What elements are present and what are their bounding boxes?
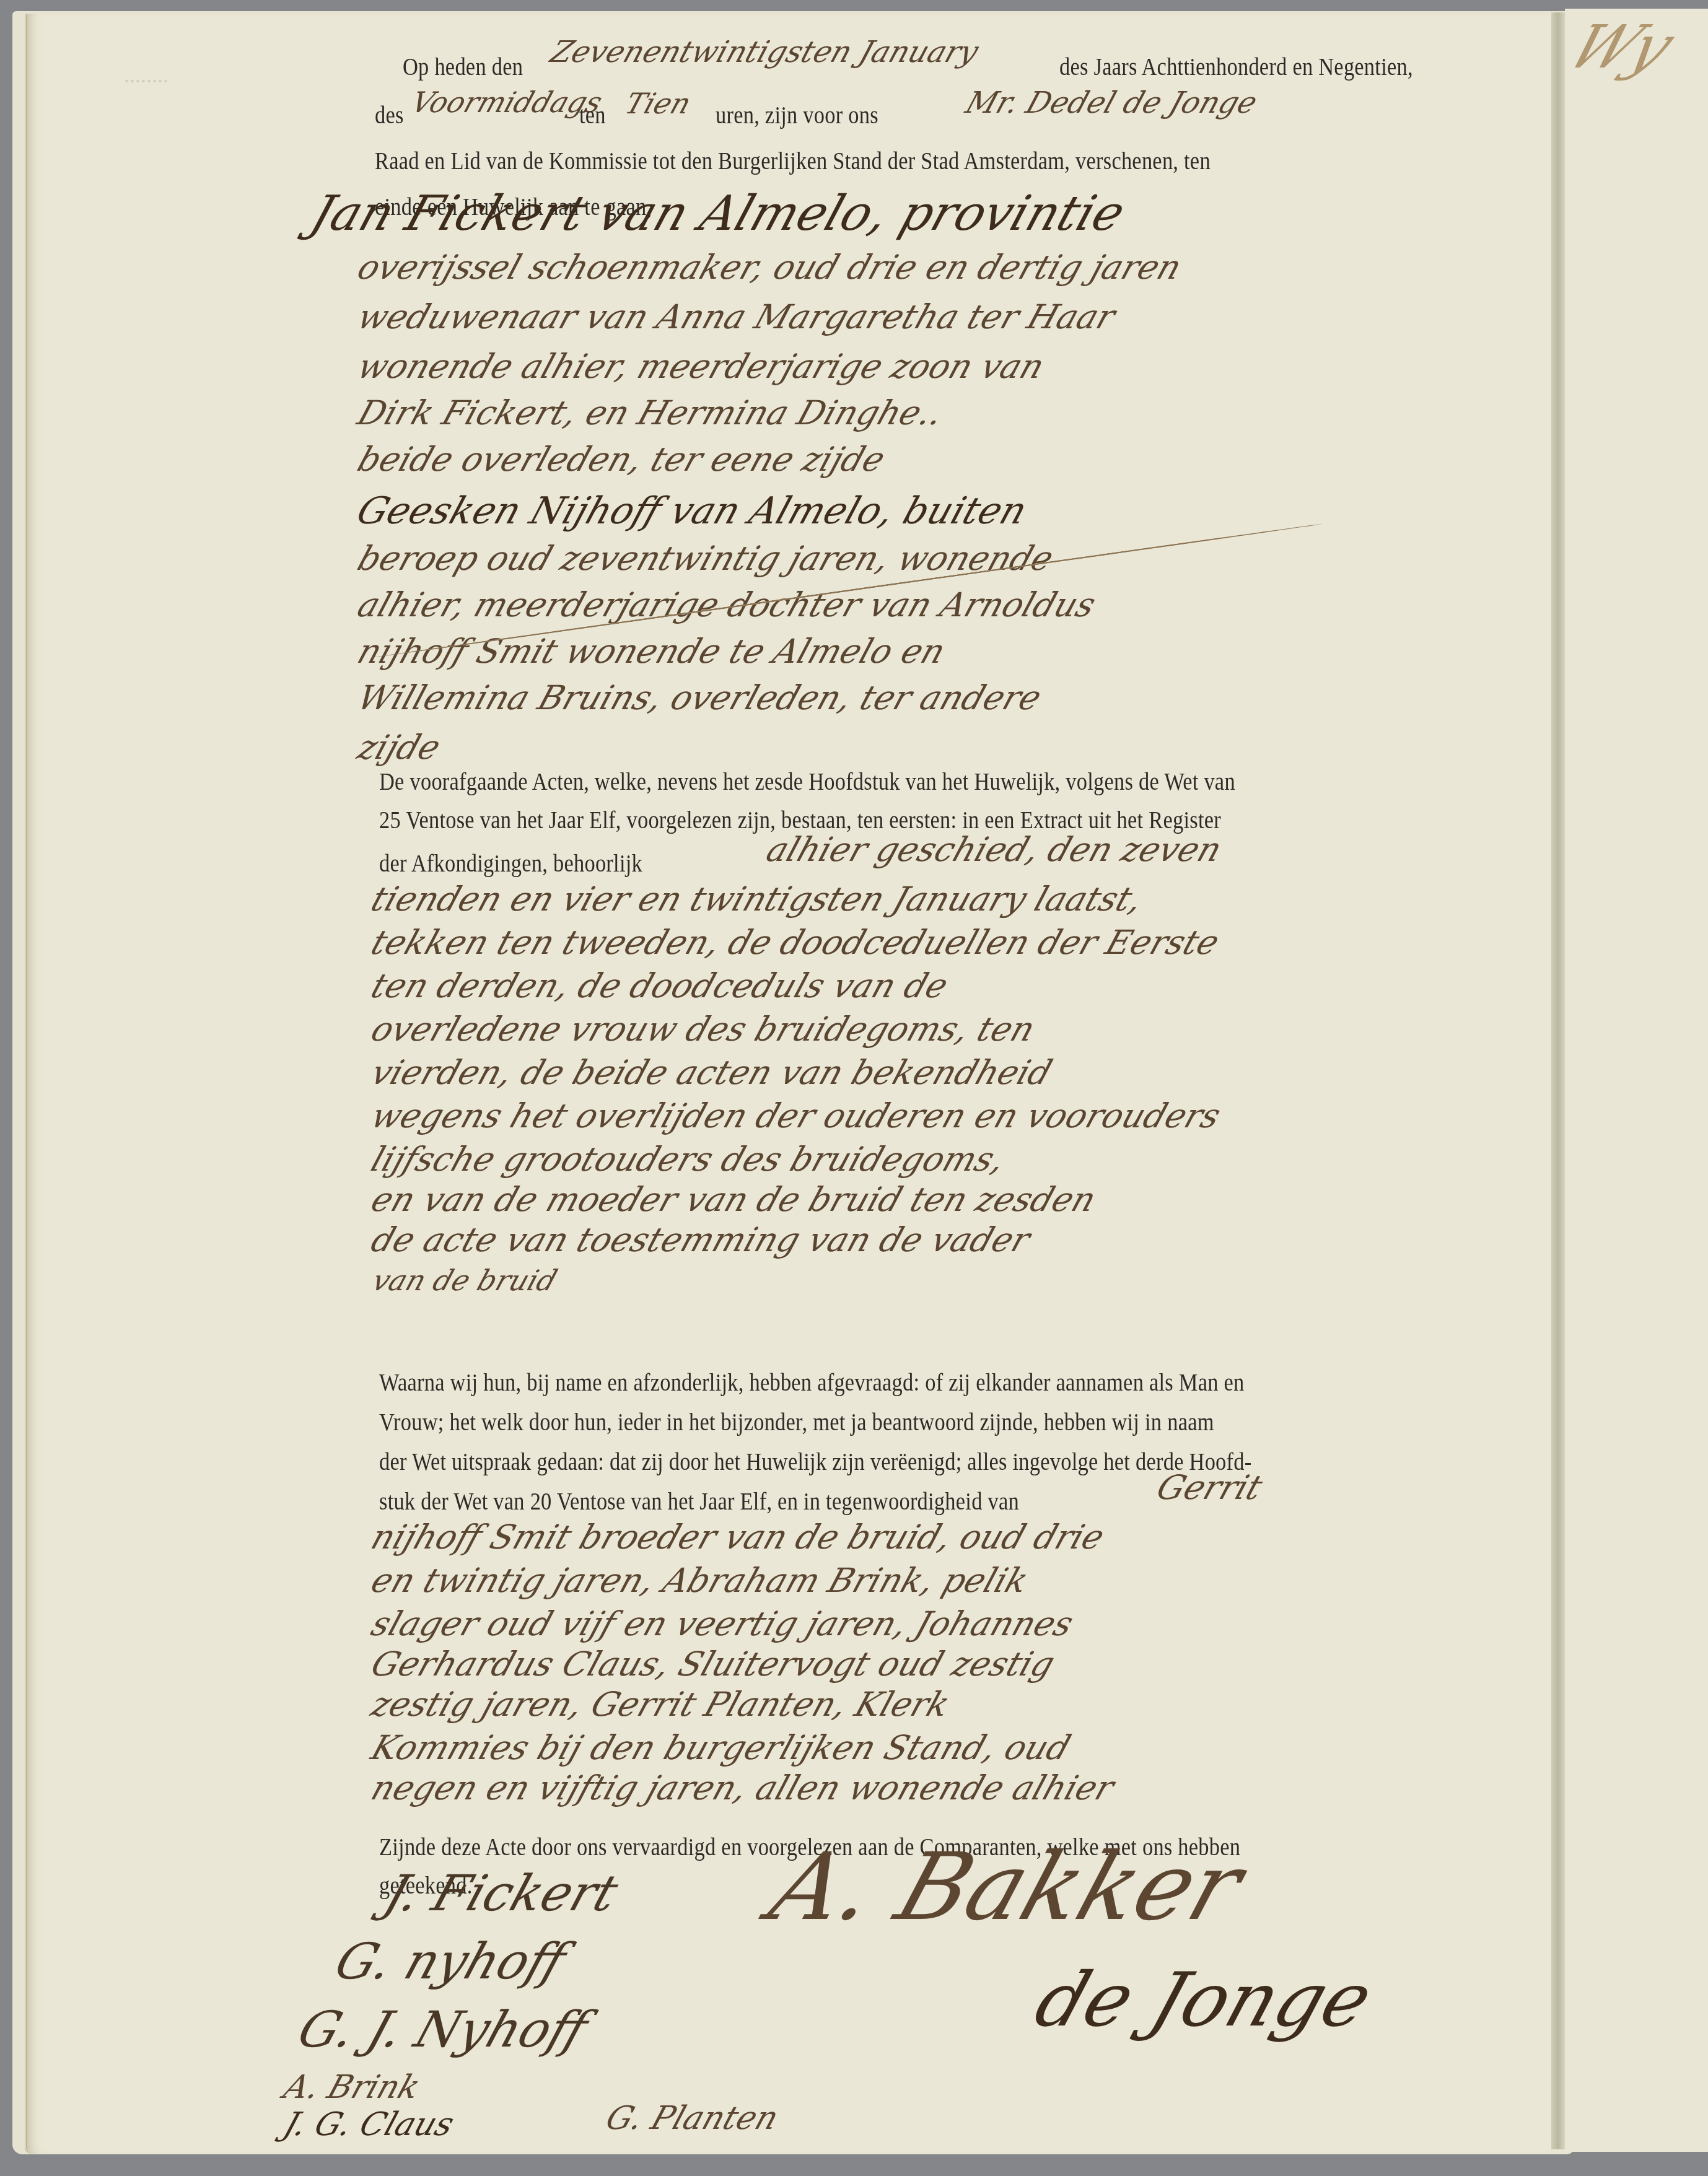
signature-witness-brink: A. Brink [279, 2069, 425, 2106]
hand-line: overledene vrouw des bruidegoms, ten [367, 1010, 1040, 1049]
hand-line: en van de moeder van de bruid ten zesden [367, 1180, 1101, 1219]
printed-waarna-4: stuk der Wet van 20 Ventose van het Jaar… [379, 1487, 1019, 1516]
hand-line: Gerrit [1152, 1468, 1268, 1507]
hand-line: tienden en vier en twintigsten January l… [367, 880, 1148, 919]
hand-official: Mr. Dedel de Jonge [961, 85, 1262, 120]
hand-line: nijhoff Smit broeder van de bruid, oud d… [367, 1518, 1110, 1557]
signature-witness-planten: G. Planten [602, 2100, 784, 2137]
hand-line: beide overleden, ter eene zijde [353, 440, 890, 479]
hand-line: beroep oud zeventwintig jaren, wonende [353, 539, 1059, 578]
hand-line: zijde [353, 728, 445, 767]
bleed-through-text: ........ [124, 62, 169, 88]
hand-line: lijfsche grootouders des bruidegoms, [367, 1140, 1010, 1179]
signature-official-bakker: A. Bakker [758, 1833, 1255, 1941]
printed-waarna-1: Waarna wij hun, bij name en afzonderlijk… [379, 1368, 1244, 1397]
hand-line: Jan Fickert van Almelo, provintie [304, 186, 1132, 242]
printed-line-3: Raad en Lid van de Kommissie tot den Bur… [375, 146, 1211, 175]
hand-line: ten derden, de doodceduls van de [367, 966, 953, 1005]
hand-line: slager oud vijf en veertig jaren, Johann… [367, 1604, 1079, 1643]
signature-bride: G. nyhoff [328, 1933, 573, 1990]
hand-line: weduwenaar van Anna Margaretha ter Haar [353, 297, 1120, 336]
hand-line: wonende alhier, meerderjarige zoon van [353, 347, 1049, 386]
hand-date: Zevenentwintigsten January [546, 35, 983, 69]
printed-line-2c: uren, zijn voor ons [716, 100, 878, 129]
signature-groom: J. Fickert [378, 1864, 625, 1922]
printed-waarna-2: Vrouw; het welk door hun, ieder in het b… [379, 1407, 1214, 1436]
signature-witness-nyhoff: G. J. Nyhoff [291, 2001, 595, 2058]
hand-hour: Tien [621, 87, 695, 120]
printed-line-1b: des Jaars Achttienhonderd en Negentien, [1059, 52, 1413, 81]
hand-line: vierden, de beide acten van bekendheid [367, 1053, 1058, 1092]
signature-witness-claus: J. G. Claus [279, 2106, 459, 2143]
hand-line: nijhoff Smit wonende te Almelo en [353, 632, 950, 671]
hand-time-of-day: Voormiddags [407, 85, 607, 119]
next-page-edge [1565, 9, 1708, 2152]
printed-line-2b: ten [579, 100, 606, 129]
hand-line: Dirk Fickert, en Hermina Dinghe.. [353, 393, 948, 432]
hand-line: en twintig jaren, Abraham Brink, pelik [367, 1561, 1033, 1600]
hand-line: zestig jaren, Gerrit Planten, Klerk [367, 1685, 955, 1724]
printed-acten-3: der Afkondigingen, behoorlijk [379, 849, 642, 878]
hand-line: Willemina Bruins, overleden, ter andere [353, 678, 1046, 717]
hand-line: tekken ten tweeden, de doodceduellen der… [367, 923, 1224, 962]
hand-line: Geesken Nijhoff van Almelo, buiten [351, 489, 1032, 533]
hand-line: Kommies bij den burgerlijken Stand, oud [367, 1728, 1075, 1767]
hand-line: de acte van toestemming van de vader [367, 1220, 1035, 1259]
hand-line: wegens het overlijden der ouderen en voo… [367, 1096, 1226, 1135]
printed-line-2a: des [375, 100, 404, 129]
signature-official-de-jonge: de Jonge [1025, 1957, 1383, 2043]
hand-line: negen en vijftig jaren, allen wonende al… [367, 1768, 1119, 1807]
printed-waarna-3: der Wet uitspraak gedaan: dat zij door h… [379, 1447, 1251, 1476]
hand-line: Gerhardus Claus, Sluitervogt oud zestig [367, 1645, 1060, 1684]
hand-line: overijssel schoenmaker, oud drie en dert… [353, 248, 1187, 287]
book-gutter [1551, 12, 1565, 2149]
printed-acten-1: De voorafgaande Acten, welke, nevens het… [379, 767, 1235, 796]
hand-line: alhier, meerderjarige dochter van Arnold… [353, 585, 1101, 624]
hand-line: alhier geschied, den zeven [762, 830, 1227, 869]
hand-line: van de bruid [368, 1264, 561, 1297]
printed-line-1a: Op heden den [403, 52, 523, 81]
